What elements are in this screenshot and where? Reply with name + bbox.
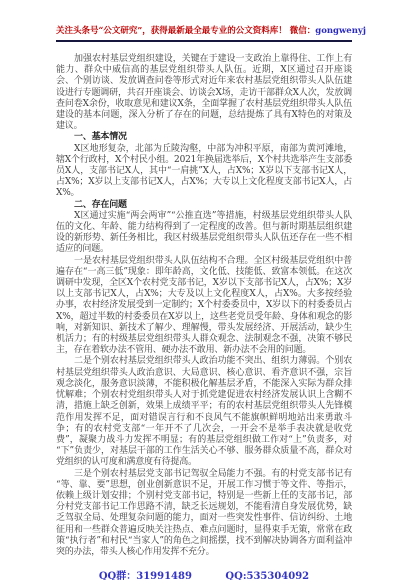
- document-body: 加强农村基层党组织建设，关键在于建设一支政治上靠得住、工作上有能力、群众中威信高…: [56, 54, 352, 558]
- qq-group-number: QQ群：31991489: [99, 571, 192, 580]
- wechat-label: 微信：: [287, 26, 315, 36]
- header-banner: 关注头条号“公文研究”，获得最新最全最专业的公文资料库！ 微信：gongweny…: [56, 26, 352, 42]
- wechat-id: gongwenyj: [315, 26, 366, 36]
- paragraph-basic-situation: X区地形复杂，北部为丘陵沟壑，中部为冲积平原，南部为黄河滩地，辖X个行政村，X个…: [56, 144, 352, 200]
- heading-basic-situation: 一、基本情况: [56, 132, 352, 143]
- paragraph-intro: 加强农村基层党组织建设，关键在于建设一支政治上靠得住、工作上有能力、群众中威信高…: [56, 54, 352, 132]
- paragraph-issue-2: 二是个别农村基层党组织带头人政治功能不突出、组织力薄弱。个别农村基层党组织带头人…: [56, 356, 352, 468]
- paragraph-issue-3: 三是个别农村基层党支部书记驾驭全局能力不强。有的村党支部书记有“等、靠、要”思想…: [56, 469, 352, 559]
- heading-existing-problems: 二、存在问题: [56, 200, 352, 211]
- paragraph-problems-overview: X区通过实施“两会两审”“公推直选”等措施，村级基层党组织带头人队伍的文化、年龄…: [56, 211, 352, 256]
- paragraph-issue-1: 一是农村基层党组织带头人队伍结构不合理。全区村级基层党组织中普遍存在“一高三低”…: [56, 256, 352, 357]
- document-page: 关注头条号“公文研究”，获得最新最全最专业的公文资料库！ 微信：gongweny…: [0, 0, 408, 580]
- qq-number: QQ:535304092: [225, 571, 309, 580]
- footer-contact: QQ群：31991489 QQ:535304092: [56, 571, 352, 580]
- header-notice-text: 关注头条号“公文研究”，获得最新最全最专业的公文资料库！: [56, 26, 287, 36]
